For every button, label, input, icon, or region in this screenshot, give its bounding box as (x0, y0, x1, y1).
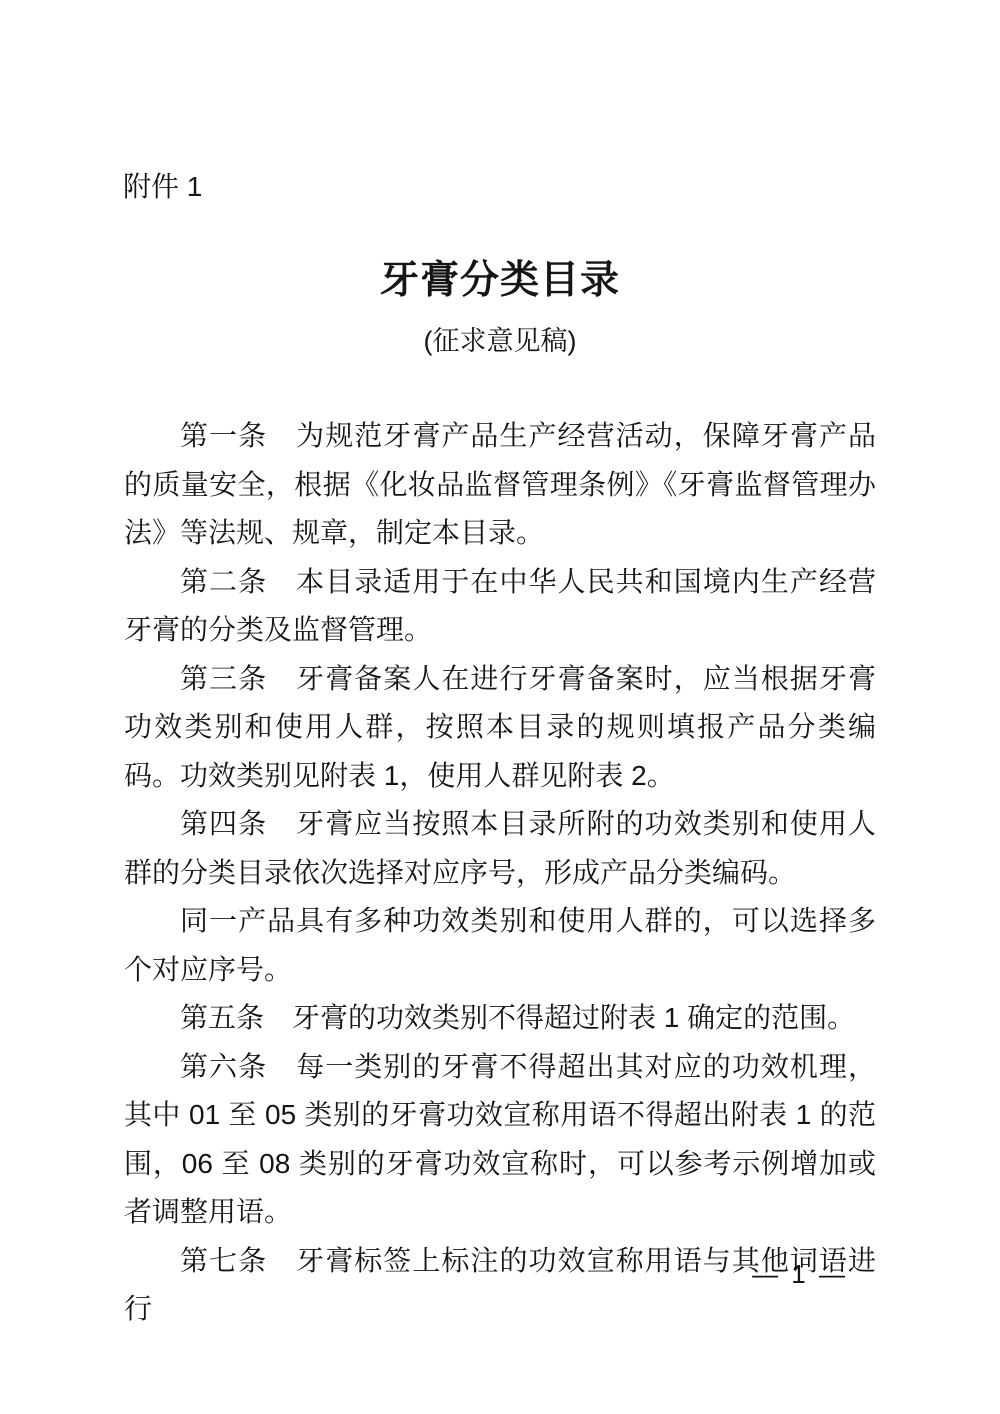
document-subtitle: (征求意见稿) (0, 324, 1000, 358)
page-number: — 1 — (752, 1258, 848, 1290)
body-paragraph-article-4: 第四条 牙膏应当按照本目录所附的功效类别和使用人群的分类目录依次选择对应序号，形… (124, 800, 876, 897)
body-paragraph-article-1: 第一条 为规范牙膏产品生产经营活动，保障牙膏产品的质量安全，根据《化妆品监督管理… (124, 412, 876, 558)
body-paragraph-article-5: 第五条 牙膏的功效类别不得超过附表 1 确定的范围。 (124, 994, 876, 1043)
document-title: 牙膏分类目录 (0, 258, 1000, 304)
attachment-label: 附件 1 (123, 170, 202, 204)
document-page: 附件 1 牙膏分类目录 (征求意见稿) 第一条 为规范牙膏产品生产经营活动，保障… (0, 0, 1000, 1414)
document-body: 第一条 为规范牙膏产品生产经营活动，保障牙膏产品的质量安全，根据《化妆品监督管理… (124, 412, 876, 1334)
body-paragraph-article-4-continued: 同一产品具有多种功效类别和使用人群的，可以选择多个对应序号。 (124, 897, 876, 994)
body-paragraph-article-3: 第三条 牙膏备案人在进行牙膏备案时，应当根据牙膏功效类别和使用人群，按照本目录的… (124, 655, 876, 801)
body-paragraph-article-6: 第六条 每一类别的牙膏不得超出其对应的功效机理，其中 01 至 05 类别的牙膏… (124, 1043, 876, 1237)
body-paragraph-article-2: 第二条 本目录适用于在中华人民共和国境内生产经营牙膏的分类及监督管理。 (124, 558, 876, 655)
